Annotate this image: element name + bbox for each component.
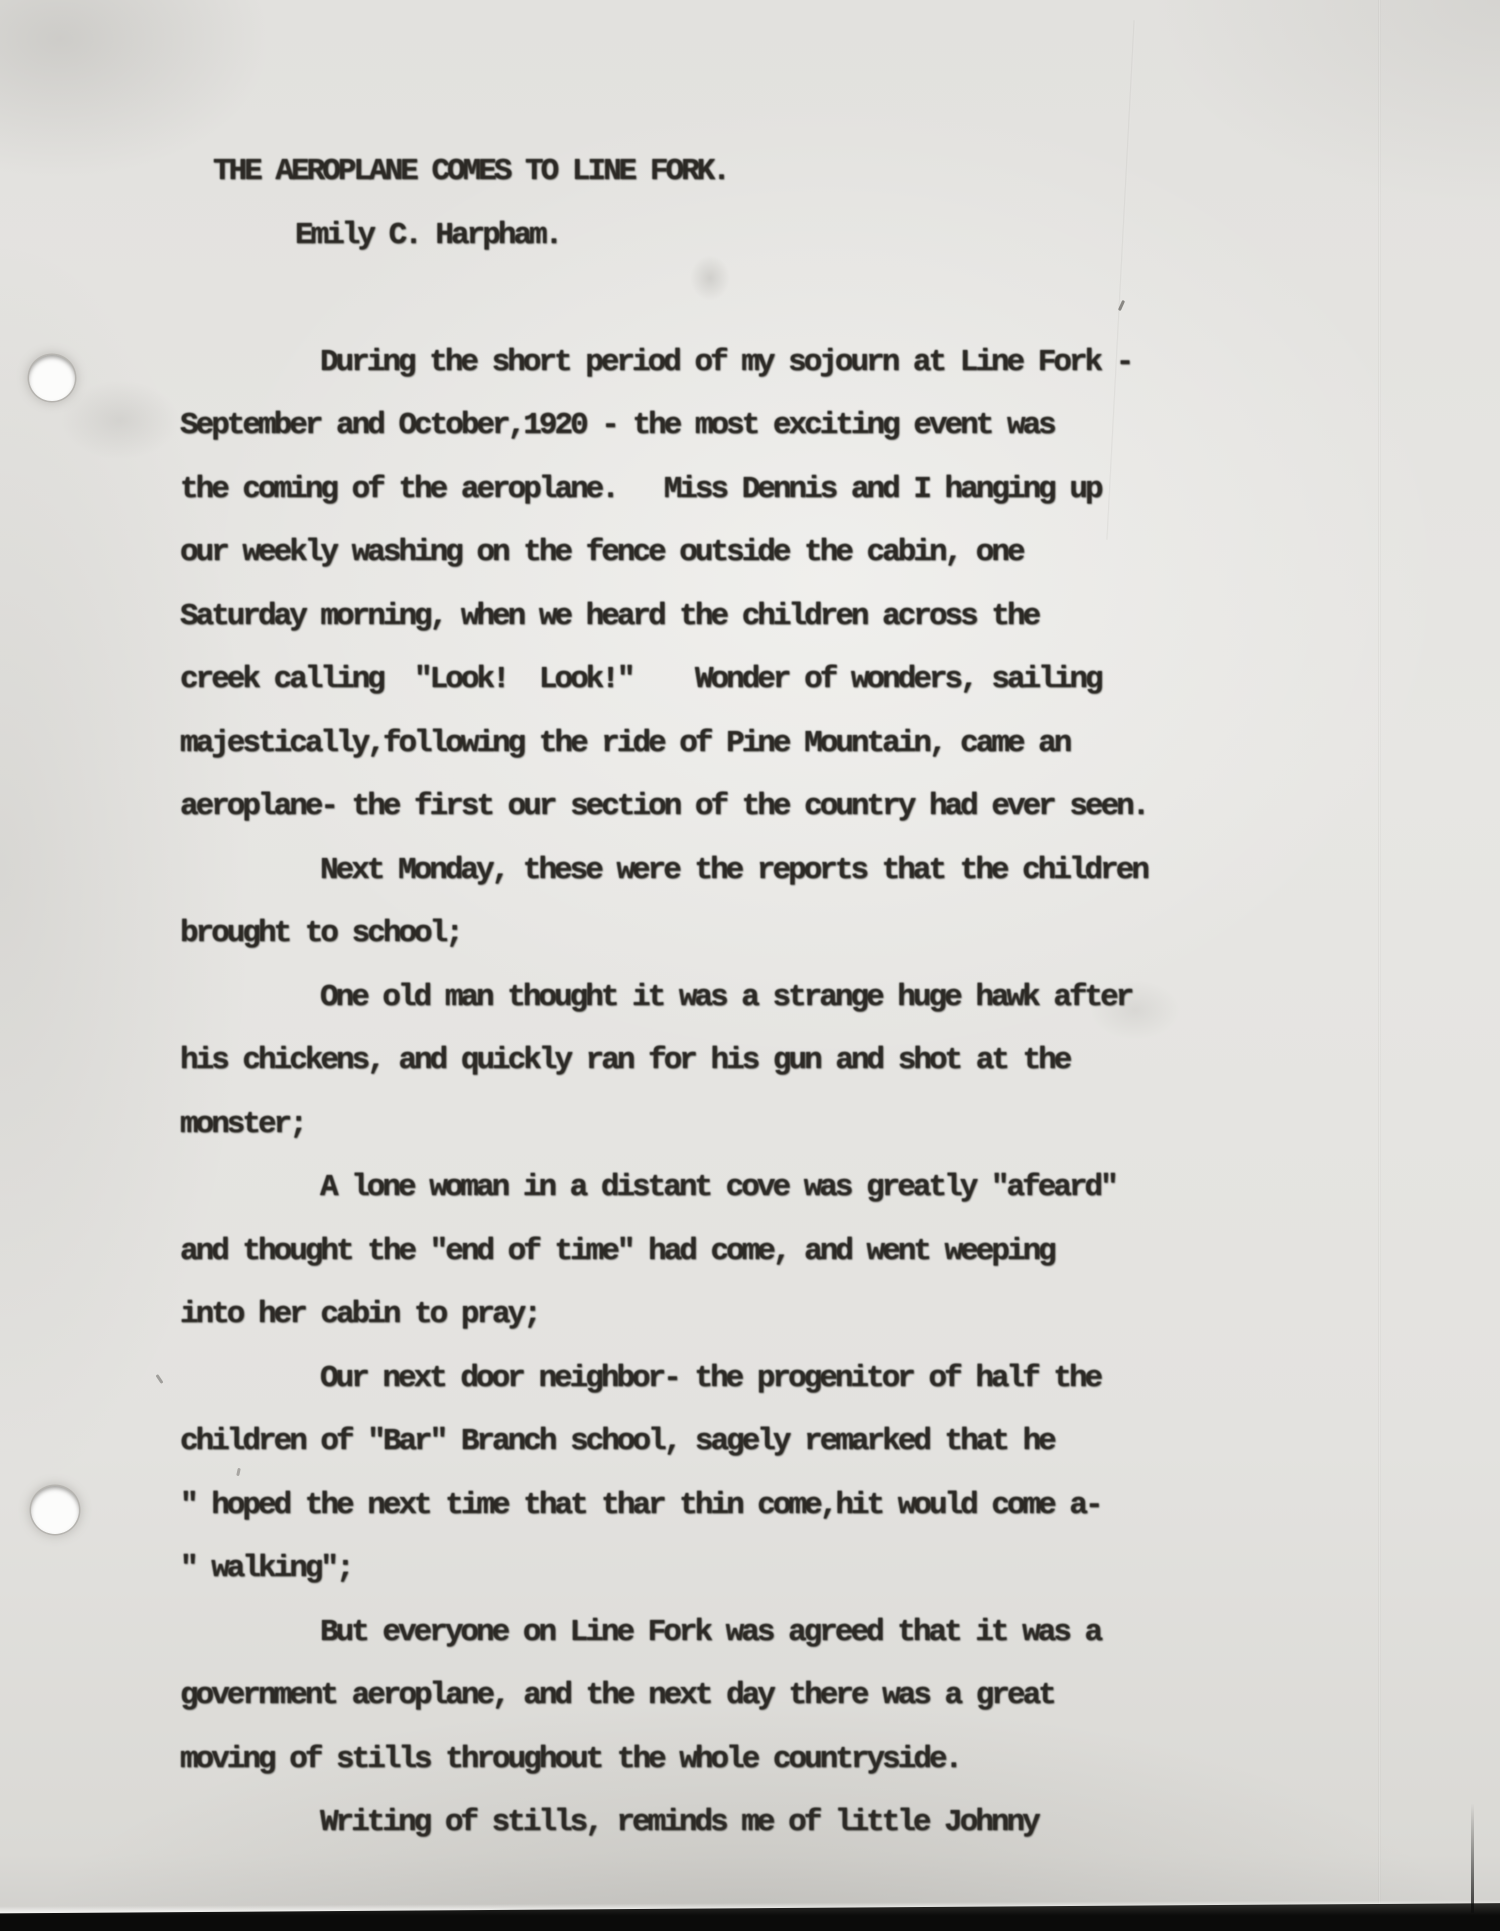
punch-hole-top [29,355,75,401]
text-line: moving of stills throughout the whole co… [180,1728,1147,1792]
text-line: monster; [180,1093,1147,1157]
text-line: aeroplane- the first our section of the … [180,775,1147,839]
text-line: " hoped the next time that thar thin com… [180,1474,1147,1538]
stray-ink-mark [155,1374,163,1384]
text-line: September and October,1920 - the most ex… [180,394,1147,458]
text-line: Saturday morning, when we heard the chil… [180,585,1147,649]
text-line: the coming of the aeroplane. Miss Dennis… [180,458,1147,522]
text-line: majestically,following the ride of Pine … [180,712,1147,776]
text-line: and thought the "end of time" had come, … [180,1220,1147,1284]
text-line: our weekly washing on the fence outside … [180,521,1147,585]
paper-smudge [60,380,180,460]
document-title: THE AEROPLANE COMES TO LINE FORK. [213,140,1147,204]
text-line: During the short period of my sojourn at… [320,331,1147,395]
text-line: Writing of stills, reminds me of little … [320,1791,1147,1855]
text-line: his chickens, and quickly ran for his gu… [180,1029,1147,1093]
text-line: brought to school; [180,902,1147,966]
document-body: During the short period of my sojourn at… [180,331,1147,1855]
paper-crease-right [1378,0,1381,1931]
document-byline: Emily C. Harpham. [295,204,1147,268]
text-line: government aeroplane, and the next day t… [180,1664,1147,1728]
punch-hole-bottom [31,1486,79,1534]
text-line: into her cabin to pray; [180,1283,1147,1347]
text-line: But everyone on Line Fork was agreed tha… [320,1601,1147,1665]
text-line: Next Monday, these were the reports that… [320,839,1147,903]
text-line: Our next door neighbor- the progenitor o… [320,1347,1147,1411]
text-line: One old man thought it was a strange hug… [320,966,1147,1030]
text-line: creek calling "Look! Look!" Wonder of wo… [180,648,1147,712]
text-line: A lone woman in a distant cove was great… [320,1156,1147,1220]
text-line: " walking"; [180,1537,1147,1601]
document-content: THE AEROPLANE COMES TO LINE FORK. Emily … [180,140,1147,1855]
text-line: children of "Bar" Branch school, sagely … [180,1410,1147,1474]
scan-edge-right [1471,1803,1474,1913]
document-page: THE AEROPLANE COMES TO LINE FORK. Emily … [0,0,1500,1931]
